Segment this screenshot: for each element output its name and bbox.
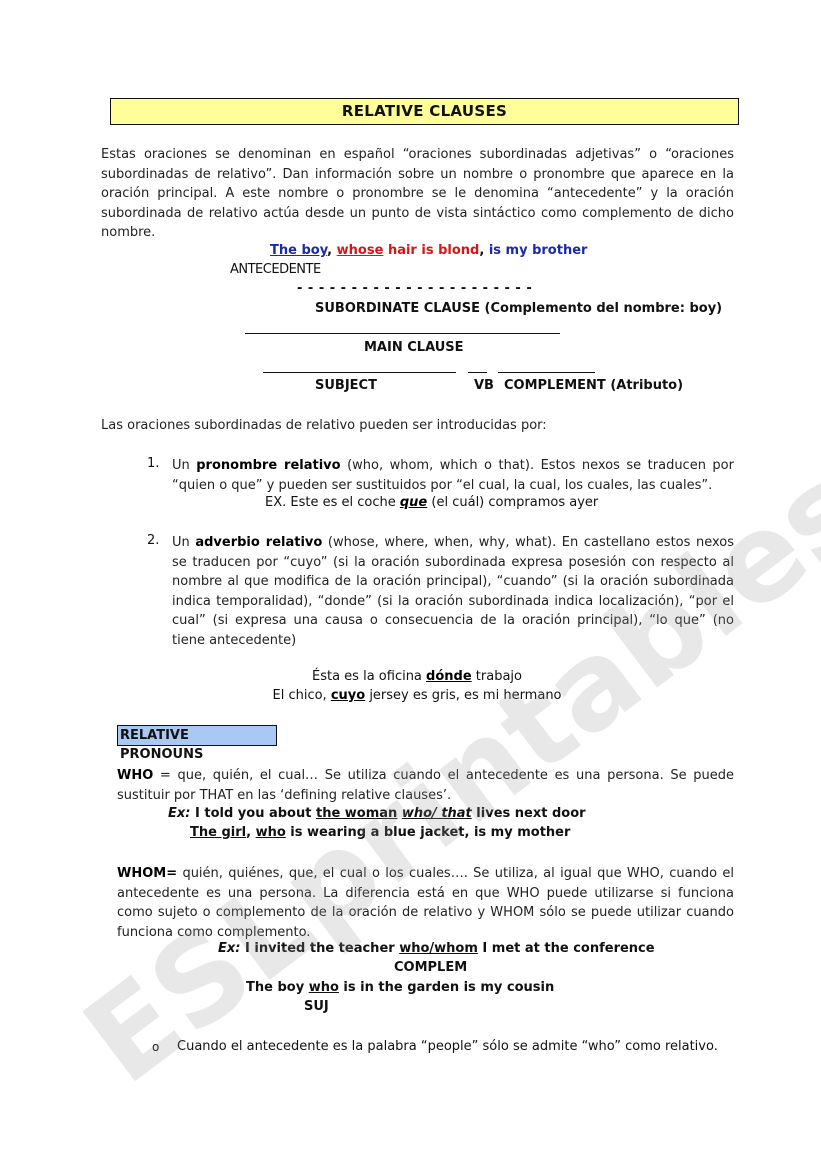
relative-word: whose bbox=[337, 243, 384, 258]
list-example-1: EX. Este es el coche que (el cuál) compr… bbox=[265, 495, 598, 510]
relative-pronoun: who/whom bbox=[399, 941, 478, 956]
example-es-2: El chico, cuyo jersey es gris, es mi her… bbox=[100, 688, 734, 703]
subject-tag: SUJ bbox=[304, 999, 329, 1014]
list-term: pronombre relativo bbox=[196, 458, 340, 473]
relative-pronoun: who bbox=[256, 825, 286, 840]
example-sentence: The boy, whose hair is blond, is my brot… bbox=[270, 243, 587, 258]
who-example-1: Ex: I told you about the woman who/ that… bbox=[168, 806, 586, 821]
complement-line bbox=[498, 372, 595, 373]
who-example-2: The girl, who is wearing a blue jacket, … bbox=[190, 825, 570, 840]
list-lead: Un bbox=[172, 535, 195, 550]
who-definition: WHO = que, quién, el cual… Se utiliza cu… bbox=[117, 766, 734, 805]
example-es-1: Ésta es la oficina dónde trabajo bbox=[100, 669, 734, 684]
subordinate-text: SUBORDINATE CLAUSE bbox=[315, 301, 480, 316]
antecedent-phrase: The boy bbox=[270, 243, 327, 258]
intro-2: Las oraciones subordinadas de relativo p… bbox=[101, 416, 734, 436]
complement-tag: COMPLEM bbox=[394, 960, 467, 975]
example-text: I invited the teacher bbox=[240, 941, 399, 956]
main-clause-label: MAIN CLAUSE bbox=[364, 340, 464, 355]
whom-example-1: Ex: I invited the teacher who/whom I met… bbox=[218, 941, 655, 956]
page-title: RELATIVE CLAUSES bbox=[110, 98, 739, 125]
complement-label: COMPLEMENT (Atributo) bbox=[504, 378, 683, 393]
people-note: Cuando el antecedente es la palabra “peo… bbox=[177, 1039, 718, 1054]
complement-note: (Atributo) bbox=[610, 378, 683, 393]
example-label: Ex: bbox=[168, 806, 190, 821]
verb-label: VB bbox=[474, 378, 494, 393]
example-text: The boy bbox=[246, 980, 309, 995]
example-text: EX. Este es el coche bbox=[265, 495, 400, 510]
who-text: = que, quién, el cual… Se utiliza cuando… bbox=[117, 768, 734, 803]
whom-definition: WHOM= quién, quiénes, que, el cual o los… bbox=[117, 864, 734, 942]
example-text: I told you about bbox=[190, 806, 316, 821]
relative-pronoun: who/ that bbox=[402, 806, 472, 821]
complement-text: COMPLEMENT bbox=[504, 378, 606, 393]
subordinate-phrase: hair is blond bbox=[383, 243, 479, 258]
main-predicate: is my brother bbox=[484, 243, 587, 258]
example-text: El chico, bbox=[272, 688, 330, 703]
example-text: , bbox=[246, 825, 255, 840]
example-text: lives next door bbox=[472, 806, 586, 821]
example-text: is wearing a blue jacket, is my mother bbox=[286, 825, 571, 840]
subject-label: SUBJECT bbox=[315, 378, 377, 393]
subject-line bbox=[263, 372, 456, 373]
list-item-2: Un adverbio relativo (whose, where, when… bbox=[172, 533, 734, 650]
subordinate-note: (Complemento del nombre: boy) bbox=[485, 301, 723, 316]
example-text: trabajo bbox=[472, 669, 522, 684]
antecedente-label: ANTECEDENTE bbox=[230, 262, 321, 277]
example-keyword: dónde bbox=[426, 669, 472, 684]
comma: , bbox=[327, 243, 332, 258]
intro-paragraph: Estas oraciones se denominan en español … bbox=[101, 145, 734, 243]
example-text: Ésta es la oficina bbox=[312, 669, 426, 684]
who-term: WHO bbox=[117, 768, 153, 783]
list-text: (whose, where, when, why, what). En cast… bbox=[172, 535, 734, 648]
verb-line bbox=[468, 372, 487, 373]
main-clause-line bbox=[245, 333, 560, 334]
example-text: is in the garden is my cousin bbox=[339, 980, 554, 995]
list-lead: Un bbox=[172, 458, 196, 473]
antecedent: The girl bbox=[190, 825, 246, 840]
subordinate-dashes: - - - - - - - - - - - - - - - - - - - - … bbox=[297, 281, 532, 296]
example-keyword: cuyo bbox=[331, 688, 365, 703]
whom-example-2: The boy who is in the garden is my cousi… bbox=[246, 980, 554, 995]
relative-pronoun: who bbox=[309, 980, 339, 995]
subordinate-clause-label: SUBORDINATE CLAUSE (Complemento del nomb… bbox=[315, 301, 722, 316]
list-term: adverbio relativo bbox=[195, 535, 322, 550]
example-text: I met at the conference bbox=[478, 941, 655, 956]
example-label: Ex: bbox=[218, 941, 240, 956]
bullet-icon: o bbox=[152, 1040, 159, 1054]
example-text: jersey es gris, es mi hermano bbox=[365, 688, 561, 703]
whom-term: WHOM= bbox=[117, 866, 177, 881]
whom-text: quién, quiénes, que, el cual o los cuale… bbox=[117, 866, 734, 940]
example-text: (el cuál) compramos ayer bbox=[427, 495, 598, 510]
antecedent: the woman bbox=[316, 806, 397, 821]
list-item-1: Un pronombre relativo (who, whom, which … bbox=[172, 456, 734, 495]
section-heading: RELATIVE PRONOUNS bbox=[117, 725, 277, 746]
example-keyword: que bbox=[400, 495, 427, 510]
list-number-1: 1. bbox=[147, 456, 159, 471]
list-number-2: 2. bbox=[147, 533, 159, 548]
